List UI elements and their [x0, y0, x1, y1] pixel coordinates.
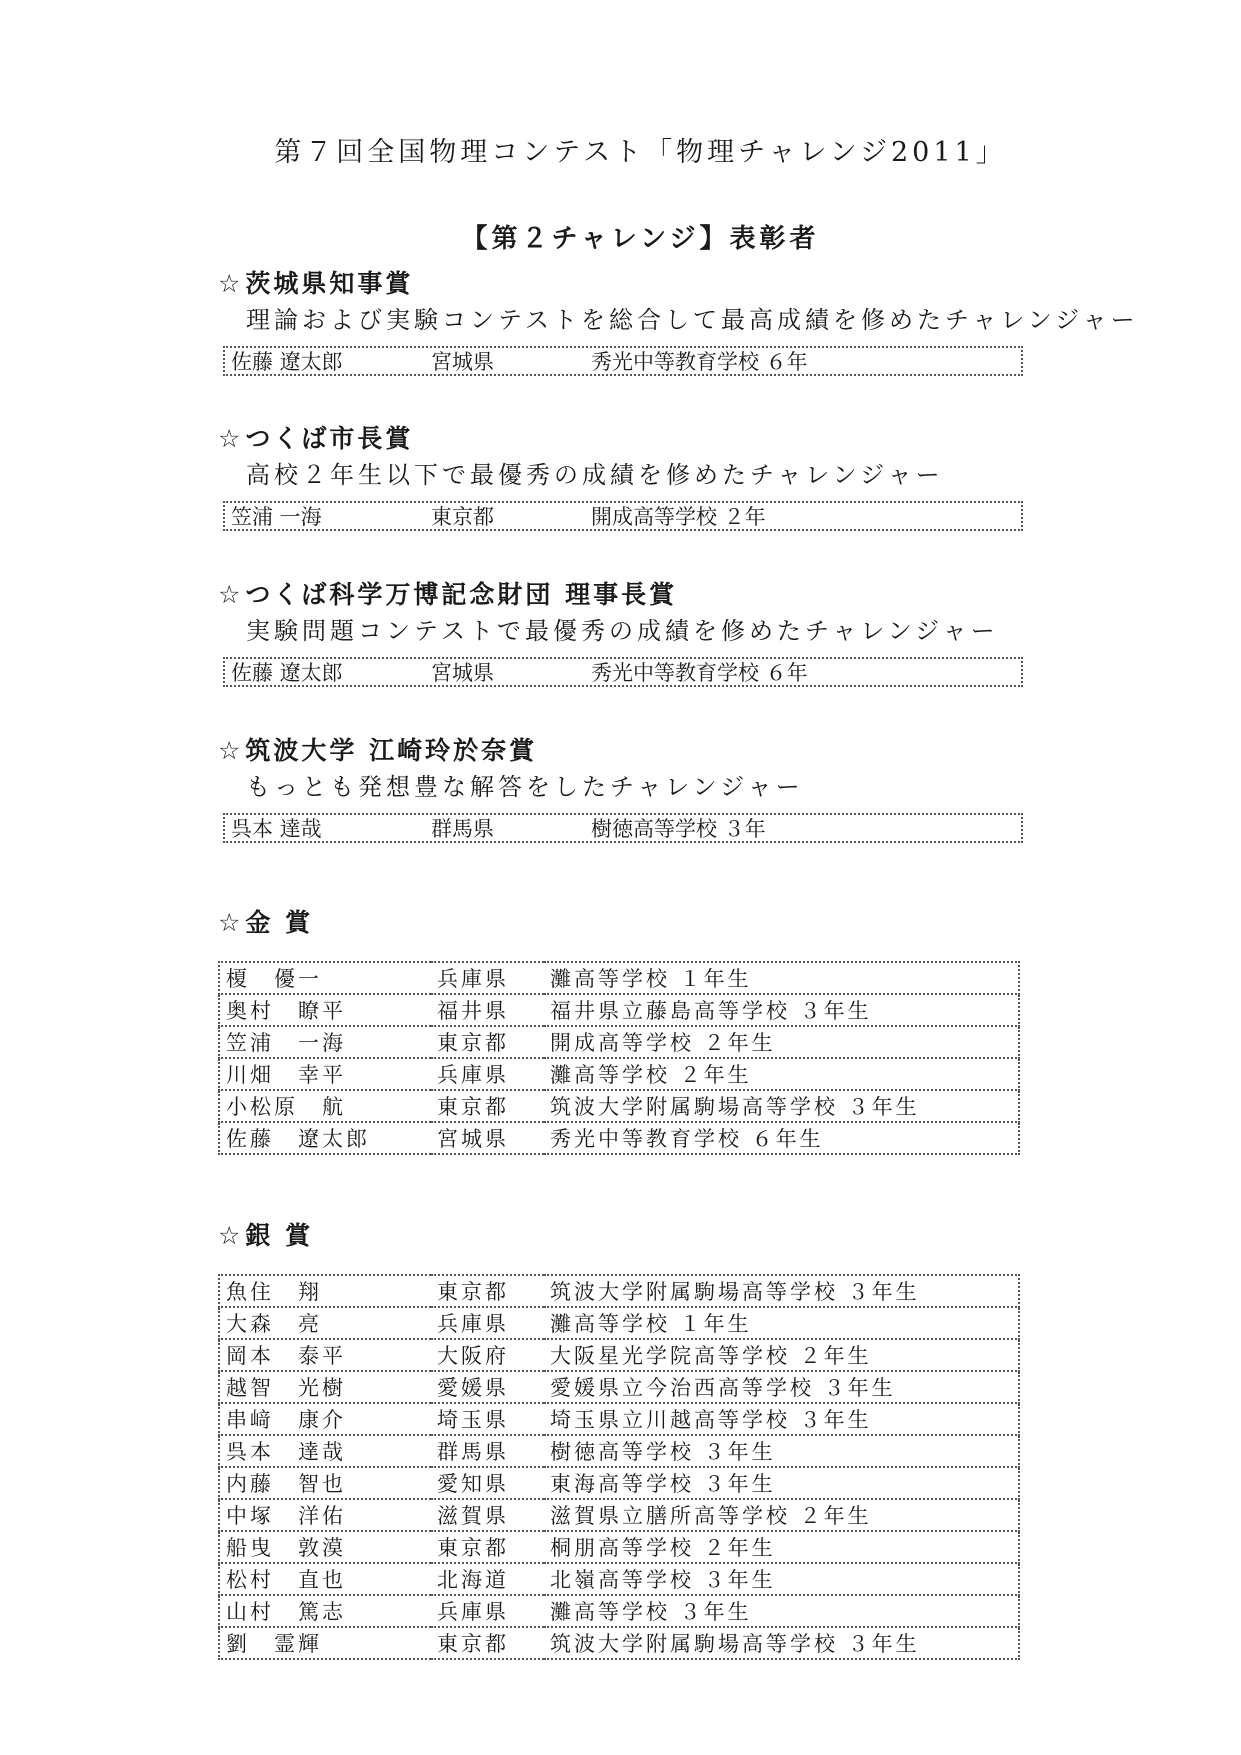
winner-name: 串﨑 康介	[219, 1403, 431, 1435]
winner-prefecture: 福井県	[431, 994, 544, 1026]
award-section-esaki: ☆筑波大学 江崎玲於奈賞 もっとも発想豊な解答をしたチャレンジャー 呉本 達哉 …	[218, 733, 1038, 843]
table-row: 松村 直也北海道北嶺高等学校 ３年生	[219, 1563, 1019, 1595]
winner-prefecture: 兵庫県	[431, 1058, 544, 1090]
winner-name: 越智 光樹	[219, 1371, 431, 1403]
table-row: 岡本 泰平大阪府大阪星光学院高等学校 ２年生	[219, 1339, 1019, 1371]
winner-school: 樹徳高等学校 ３年	[591, 813, 1021, 843]
star-icon: ☆	[218, 424, 243, 453]
table-row: 榎 優一兵庫県灘高等学校 １年生	[219, 962, 1019, 994]
table-row: 大森 亮兵庫県灘高等学校 １年生	[219, 1307, 1019, 1339]
winner-school: 開成高等学校 ２年生	[544, 1026, 1019, 1058]
star-icon: ☆	[218, 269, 243, 298]
winner-school: 筑波大学附属駒場高等学校 ３年生	[544, 1275, 1019, 1307]
table-row: 船曳 敦漠東京都桐朋高等学校 ２年生	[219, 1531, 1019, 1563]
award-heading: ☆つくば市長賞	[218, 421, 1038, 457]
winner-prefecture: 東京都	[431, 501, 591, 531]
winner-name: 佐藤 遼太郎	[219, 1122, 431, 1154]
winner-school: 灘高等学校 ３年生	[544, 1595, 1019, 1627]
winner-prefecture: 兵庫県	[431, 1595, 544, 1627]
award-heading: ☆銀 賞	[218, 1218, 1038, 1254]
star-icon: ☆	[218, 736, 243, 765]
winner-name: 榎 優一	[219, 962, 431, 994]
table-row: 内藤 智也愛知県東海高等学校 ３年生	[219, 1467, 1019, 1499]
award-title: 銀 賞	[245, 1221, 313, 1250]
table-row: 川畑 幸平兵庫県灘高等学校 ２年生	[219, 1058, 1019, 1090]
winner-name: 小松原 航	[219, 1090, 431, 1122]
winner-prefecture: 埼玉県	[431, 1403, 544, 1435]
winner-name: 内藤 智也	[219, 1467, 431, 1499]
silver-winners-table: 魚住 翔東京都筑波大学附属駒場高等学校 ３年生 大森 亮兵庫県灘高等学校 １年生…	[218, 1274, 1020, 1660]
winner-school: 灘高等学校 ２年生	[544, 1058, 1019, 1090]
winner-box: 佐藤 遼太郎 宮城県 秀光中等教育学校 ６年	[223, 346, 1023, 376]
table-row: 中塚 洋佑滋賀県滋賀県立膳所高等学校 ２年生	[219, 1499, 1019, 1531]
winner-prefecture: 東京都	[431, 1026, 544, 1058]
winner-school: 灘高等学校 １年生	[544, 1307, 1019, 1339]
winner-prefecture: 東京都	[431, 1531, 544, 1563]
winner-prefecture: 群馬県	[431, 813, 591, 843]
winner-prefecture: 東京都	[431, 1627, 544, 1659]
winner-prefecture: 大阪府	[431, 1339, 544, 1371]
winner-school: 福井県立藤島高等学校 ３年生	[544, 994, 1019, 1026]
winner-name: 奥村 瞭平	[219, 994, 431, 1026]
winner-name: 山村 篤志	[219, 1595, 431, 1627]
winner-name: 川畑 幸平	[219, 1058, 431, 1090]
winner-name: 劉 霊輝	[219, 1627, 431, 1659]
winner-prefecture: 東京都	[431, 1275, 544, 1307]
winner-prefecture: 宮城県	[431, 1122, 544, 1154]
winner-school: 秀光中等教育学校 ６年	[591, 657, 1021, 687]
winner-school: 樹徳高等学校 ３年生	[544, 1435, 1019, 1467]
winner-school: 滋賀県立膳所高等学校 ２年生	[544, 1499, 1019, 1531]
winner-prefecture: 愛知県	[431, 1467, 544, 1499]
winner-school: 北嶺高等学校 ３年生	[544, 1563, 1019, 1595]
star-icon: ☆	[218, 580, 243, 609]
winner-prefecture: 宮城県	[431, 346, 591, 376]
table-row: 笠浦 一海東京都開成高等学校 ２年生	[219, 1026, 1019, 1058]
table-row: 小松原 航東京都筑波大学附属駒場高等学校 ３年生	[219, 1090, 1019, 1122]
silver-award-section: ☆銀 賞 魚住 翔東京都筑波大学附属駒場高等学校 ３年生 大森 亮兵庫県灘高等学…	[218, 1218, 1038, 1660]
table-row: 山村 篤志兵庫県灘高等学校 ３年生	[219, 1595, 1019, 1627]
winner-name: 佐藤 遼太郎	[225, 346, 431, 376]
award-section-tsukuba-mayor: ☆つくば市長賞 高校２年生以下で最優秀の成績を修めたチャレンジャー 笠浦 一海 …	[218, 421, 1038, 531]
table-row: 呉本 達哉群馬県樹徳高等学校 ３年生	[219, 1435, 1019, 1467]
winner-prefecture: 群馬県	[431, 1435, 544, 1467]
award-section-ibaraki-governor: ☆茨城県知事賞 理論および実験コンテストを総合して最高成績を修めたチャレンジャー…	[218, 266, 1038, 376]
award-description: もっとも発想豊な解答をしたチャレンジャー	[218, 769, 1038, 805]
winner-name: 笠浦 一海	[225, 501, 431, 531]
winner-school: 灘高等学校 １年生	[544, 962, 1019, 994]
award-description: 理論および実験コンテストを総合して最高成績を修めたチャレンジャー	[218, 302, 1038, 338]
page-subtitle: 【第２チャレンジ】表彰者	[0, 218, 1241, 255]
winner-name: 佐藤 遼太郎	[225, 657, 431, 687]
winner-prefecture: 北海道	[431, 1563, 544, 1595]
winner-school: 開成高等学校 ２年	[591, 501, 1021, 531]
award-title: 茨城県知事賞	[245, 269, 413, 298]
award-heading: ☆筑波大学 江崎玲於奈賞	[218, 733, 1038, 769]
winner-school: 秀光中等教育学校 ６年生	[544, 1122, 1019, 1154]
winner-prefecture: 滋賀県	[431, 1499, 544, 1531]
award-title: つくば市長賞	[245, 424, 413, 453]
gold-award-section: ☆金 賞 榎 優一兵庫県灘高等学校 １年生 奥村 瞭平福井県福井県立藤島高等学校…	[218, 905, 1038, 1155]
table-row: 奥村 瞭平福井県福井県立藤島高等学校 ３年生	[219, 994, 1019, 1026]
winner-prefecture: 愛媛県	[431, 1371, 544, 1403]
winner-school: 大阪星光学院高等学校 ２年生	[544, 1339, 1019, 1371]
award-heading: ☆茨城県知事賞	[218, 266, 1038, 302]
table-row: 佐藤 遼太郎宮城県秀光中等教育学校 ６年生	[219, 1122, 1019, 1154]
winner-school: 筑波大学附属駒場高等学校 ３年生	[544, 1090, 1019, 1122]
star-icon: ☆	[218, 908, 243, 937]
table-row: 串﨑 康介埼玉県埼玉県立川越高等学校 ３年生	[219, 1403, 1019, 1435]
winner-school: 東海高等学校 ３年生	[544, 1467, 1019, 1499]
table-row: 劉 霊輝東京都筑波大学附属駒場高等学校 ３年生	[219, 1627, 1019, 1659]
award-title: 筑波大学 江崎玲於奈賞	[245, 736, 537, 765]
winner-box: 呉本 達哉 群馬県 樹徳高等学校 ３年	[223, 813, 1023, 843]
award-heading: ☆金 賞	[218, 905, 1038, 941]
page-title: 第７回全国物理コンテスト「物理チャレンジ2011」	[0, 130, 1241, 169]
winner-prefecture: 兵庫県	[431, 1307, 544, 1339]
award-title: 金 賞	[245, 908, 313, 937]
winner-school: 筑波大学附属駒場高等学校 ３年生	[544, 1627, 1019, 1659]
award-description: 実験問題コンテストで最優秀の成績を修めたチャレンジャー	[218, 613, 1038, 649]
winner-name: 呉本 達哉	[225, 813, 431, 843]
winner-name: 船曳 敦漠	[219, 1531, 431, 1563]
winner-school: 埼玉県立川越高等学校 ３年生	[544, 1403, 1019, 1435]
winner-name: 笠浦 一海	[219, 1026, 431, 1058]
winner-box: 佐藤 遼太郎 宮城県 秀光中等教育学校 ６年	[223, 657, 1023, 687]
winner-name: 大森 亮	[219, 1307, 431, 1339]
winner-box: 笠浦 一海 東京都 開成高等学校 ２年	[223, 501, 1023, 531]
winner-school: 愛媛県立今治西高等学校 ３年生	[544, 1371, 1019, 1403]
winner-school: 秀光中等教育学校 ６年	[591, 346, 1021, 376]
winner-prefecture: 兵庫県	[431, 962, 544, 994]
winner-school: 桐朋高等学校 ２年生	[544, 1531, 1019, 1563]
table-row: 魚住 翔東京都筑波大学附属駒場高等学校 ３年生	[219, 1275, 1019, 1307]
star-icon: ☆	[218, 1221, 243, 1250]
gold-winners-table: 榎 優一兵庫県灘高等学校 １年生 奥村 瞭平福井県福井県立藤島高等学校 ３年生 …	[218, 961, 1020, 1155]
award-heading: ☆つくば科学万博記念財団 理事長賞	[218, 577, 1038, 613]
winner-name: 中塚 洋佑	[219, 1499, 431, 1531]
winner-name: 松村 直也	[219, 1563, 431, 1595]
award-description: 高校２年生以下で最優秀の成績を修めたチャレンジャー	[218, 457, 1038, 493]
award-title: つくば科学万博記念財団 理事長賞	[245, 580, 677, 609]
winner-prefecture: 宮城県	[431, 657, 591, 687]
winner-name: 岡本 泰平	[219, 1339, 431, 1371]
winner-name: 魚住 翔	[219, 1275, 431, 1307]
winner-prefecture: 東京都	[431, 1090, 544, 1122]
winner-name: 呉本 達哉	[219, 1435, 431, 1467]
award-section-expo-foundation: ☆つくば科学万博記念財団 理事長賞 実験問題コンテストで最優秀の成績を修めたチャ…	[218, 577, 1038, 687]
table-row: 越智 光樹愛媛県愛媛県立今治西高等学校 ３年生	[219, 1371, 1019, 1403]
